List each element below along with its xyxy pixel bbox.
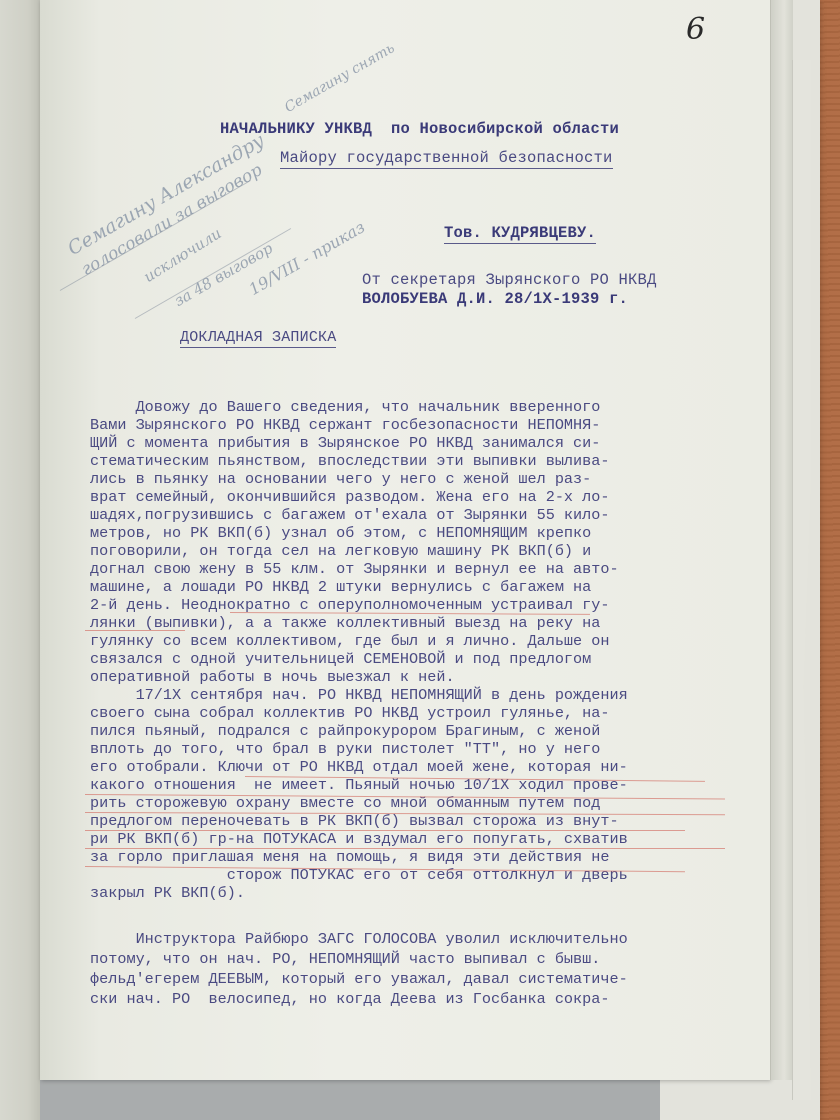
body-line: своего сына собрал коллектив РО НКВД уст… — [90, 704, 610, 722]
body-line: связался с одной учительницей СЕМЕНОВОЙ … — [90, 650, 591, 668]
document-title: ДОКЛАДНАЯ ЗАПИСКА — [180, 329, 336, 348]
body-line: стематическим пьянством, впоследствии эт… — [90, 452, 610, 470]
pencil-note: Семагину Александру — [64, 129, 268, 260]
body-line: потому, что он нач. РО, НЕПОМНЯЩИЙ часто… — [90, 950, 600, 968]
body-line: фельд'егерем ДЕЕВЫМ, который его уважал,… — [90, 970, 628, 988]
stacked-page-edge — [770, 0, 793, 1080]
body-line: предлогом переночевать в РК ВКП(б) вызва… — [90, 812, 619, 830]
body-line: шадях,погрузившись с багажем от'ехала от… — [90, 506, 610, 524]
body-line: Вами Зырянского РО НКВД сержант госбезоп… — [90, 416, 600, 434]
body-line: догнал свою жену в 55 клм. от Зырянки и … — [90, 560, 619, 578]
addressee-line-2: Майору государственной безопасности — [280, 149, 613, 169]
document-page: 6 НАЧАЛЬНИКУ УНКВД по Новосибирской обла… — [40, 0, 770, 1080]
body-line: за горло приглашая меня на помощь, я вид… — [90, 848, 610, 866]
body-line: лись в пьянку на основании чего у него с… — [90, 470, 591, 488]
sender-line-2: ВОЛОБУЕВА Д.И. 28/1Х-1939 г. — [362, 290, 628, 308]
sender-line-1: От секретаря Зырянского РО НКВД — [362, 271, 657, 289]
red-underline — [85, 848, 725, 849]
body-line: поговорили, он тогда сел на легковую маш… — [90, 542, 591, 560]
body-line: Инструктора Райбюро ЗАГС ГОЛОСОВА уволил… — [90, 930, 628, 948]
body-line: пился пьяный, подрался с райпрокурором Б… — [90, 722, 600, 740]
body-line: 17/1Х сентября нач. РО НКВД НЕПОМНЯЩИЙ в… — [90, 686, 628, 704]
pencil-note: Семагину снять — [282, 40, 397, 116]
body-line: его отобрали. Ключи от РО НКВД отдал мое… — [90, 758, 628, 776]
red-underline — [85, 630, 185, 631]
addressee-line-1: НАЧАЛЬНИКУ УНКВД по Новосибирской област… — [220, 120, 619, 138]
body-line: 2-й день. Неоднократно с оперуполномочен… — [90, 596, 610, 614]
body-line: ски нач. РО велосипед, но когда Деева из… — [90, 990, 610, 1008]
red-underline — [85, 830, 685, 831]
body-line: метров, но РК ВКП(б) узнал об этом, с НЕ… — [90, 524, 591, 542]
binder-spine — [0, 0, 40, 1120]
addressee-name: Тов. КУДРЯВЦЕВУ. — [444, 224, 596, 244]
body-line: машине, а лошади РО НКВД 2 штуки вернули… — [90, 578, 591, 596]
page-number: 6 — [686, 12, 705, 47]
body-line: гулянку со всем коллективом, где был и я… — [90, 632, 610, 650]
body-line: оперативной работы в ночь выезжал к ней. — [90, 668, 455, 686]
body-line: врат семейный, окончившийся разводом. Же… — [90, 488, 610, 506]
body-line: вплоть до того, что брал в руки пистолет… — [90, 740, 600, 758]
body-line: Довожу до Вашего сведения, что начальник… — [90, 398, 600, 416]
body-line: ри РК ВКП(б) гр-на ПОТУКАСА и вздумал ег… — [90, 830, 628, 848]
body-line: закрыл РК ВКП(б). — [90, 884, 245, 902]
grey-folder-cover — [0, 1080, 660, 1120]
body-line: ЩИЙ с момента прибытия в Зырянское РО НК… — [90, 434, 600, 452]
